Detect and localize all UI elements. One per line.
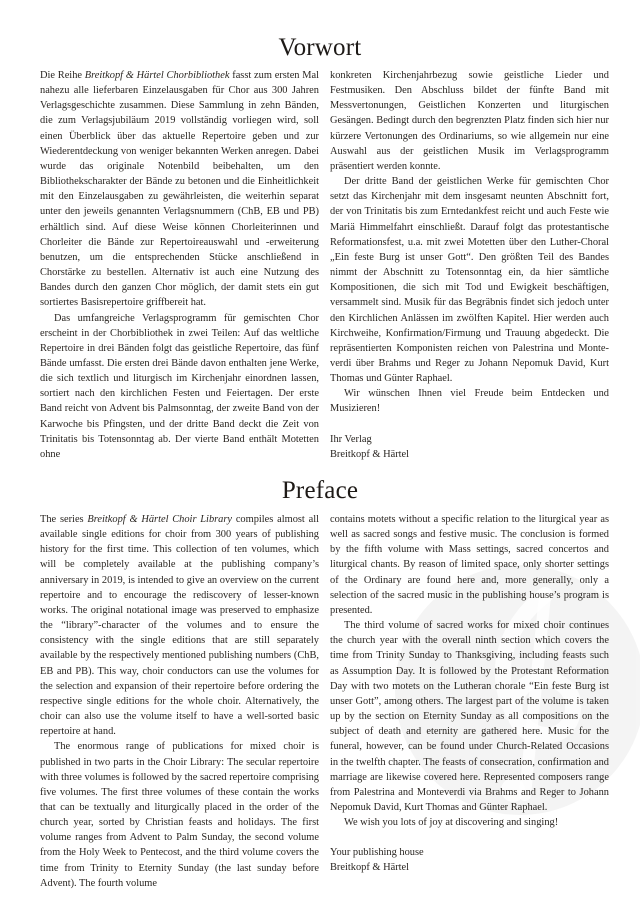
preface-signature: Your publishing house Breitkopf & Härtel: [330, 845, 609, 875]
text-run: The series: [40, 514, 87, 525]
preface-right-column: contains motets without a specific relat…: [330, 512, 609, 876]
preface-paragraph: We wish you lots of joy at discovering a…: [330, 815, 609, 830]
preface-paragraph: The series Breitkopf & Härtel Choir Libr…: [40, 512, 319, 739]
preface-paragraph: contains motets without a specific relat…: [330, 512, 609, 618]
vorwort-paragraph: konkreten Kirchenjahrbezug sowie geistli…: [330, 68, 609, 174]
text-run: fasst zum ersten Mal nahezu alle lieferb…: [40, 70, 319, 308]
series-title-italic: Breitkopf & Härtel Chorbibliothek: [85, 70, 230, 81]
signature-line: Your publishing house: [330, 845, 609, 860]
vorwort-title: Vorwort: [0, 34, 640, 62]
vorwort-paragraph: Der dritte Band der geistlichen Werke fü…: [330, 174, 609, 386]
preface-paragraph: The enormous range of publications for m…: [40, 739, 319, 891]
preface-left-column: The series Breitkopf & Härtel Choir Libr…: [40, 512, 319, 891]
series-title-italic: Breitkopf & Härtel Choir Library: [87, 514, 232, 525]
vorwort-paragraph: Das umfangreiche Verlagsprogramm für gem…: [40, 311, 319, 463]
signature-line: Ihr Verlag: [330, 432, 609, 447]
signature-line: Breitkopf & Härtel: [330, 860, 609, 875]
document-page: Vorwort Die Reihe Breitkopf & Härtel Cho…: [0, 0, 640, 923]
signature-line: Breitkopf & Härtel: [330, 447, 609, 462]
text-run: Die Reihe: [40, 70, 85, 81]
vorwort-left-column: Die Reihe Breitkopf & Härtel Chorbibliot…: [40, 68, 319, 462]
preface-title: Preface: [0, 477, 640, 505]
preface-paragraph: The third volume of sacred works for mix…: [330, 618, 609, 815]
vorwort-paragraph: Wir wünschen Ihnen viel Freude beim Entd…: [330, 386, 609, 416]
text-run: compiles almost all available single edi…: [40, 514, 319, 737]
vorwort-paragraph: Die Reihe Breitkopf & Härtel Chorbibliot…: [40, 68, 319, 311]
vorwort-signature: Ihr Verlag Breitkopf & Härtel: [330, 432, 609, 462]
vorwort-right-column: konkreten Kirchenjahrbezug sowie geistli…: [330, 68, 609, 462]
